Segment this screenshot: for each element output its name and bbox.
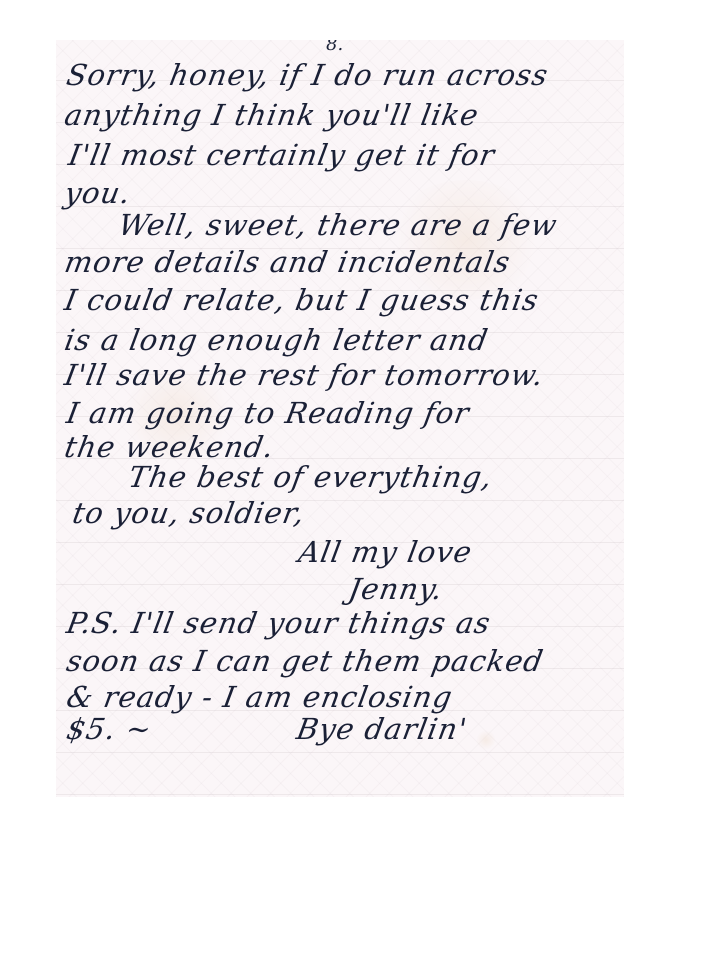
letter-closing: All my love	[296, 535, 475, 569]
letter-line: I could relate, but I guess this	[62, 283, 542, 317]
postscript-line: & ready - I am enclosing	[64, 680, 455, 714]
letter-line: I'll save the rest for tomorrow.	[62, 358, 547, 392]
paper-stain	[476, 730, 496, 750]
postscript-line: $5. ~	[64, 712, 155, 746]
letter-line: more details and incidentals	[62, 245, 513, 279]
letter-line: is a long enough letter and	[62, 323, 491, 357]
letter-line: I am going to Reading for	[64, 396, 472, 430]
letter-signature: Jenny.	[346, 572, 446, 606]
letter-line: anything I think you'll like	[62, 98, 482, 132]
letter-line: the weekend.	[62, 430, 277, 464]
letter-line: I'll most certainly get it for	[66, 138, 498, 172]
letter-farewell: Bye darlin'	[294, 712, 470, 746]
page-number: 8.	[326, 40, 343, 55]
letter-page: 8. Sorry, honey, if I do run across anyt…	[56, 40, 624, 797]
postscript-line: P.S. I'll send your things as	[64, 606, 494, 640]
letter-line: Well, sweet, there are a few	[116, 208, 560, 242]
letter-line: The best of everything,	[126, 460, 495, 494]
letter-line: Sorry, honey, if I do run across	[64, 58, 551, 92]
postscript-line: soon as I can get them packed	[64, 644, 546, 678]
letter-line: you.	[62, 176, 134, 210]
letter-line: to you, soldier,	[70, 496, 308, 530]
